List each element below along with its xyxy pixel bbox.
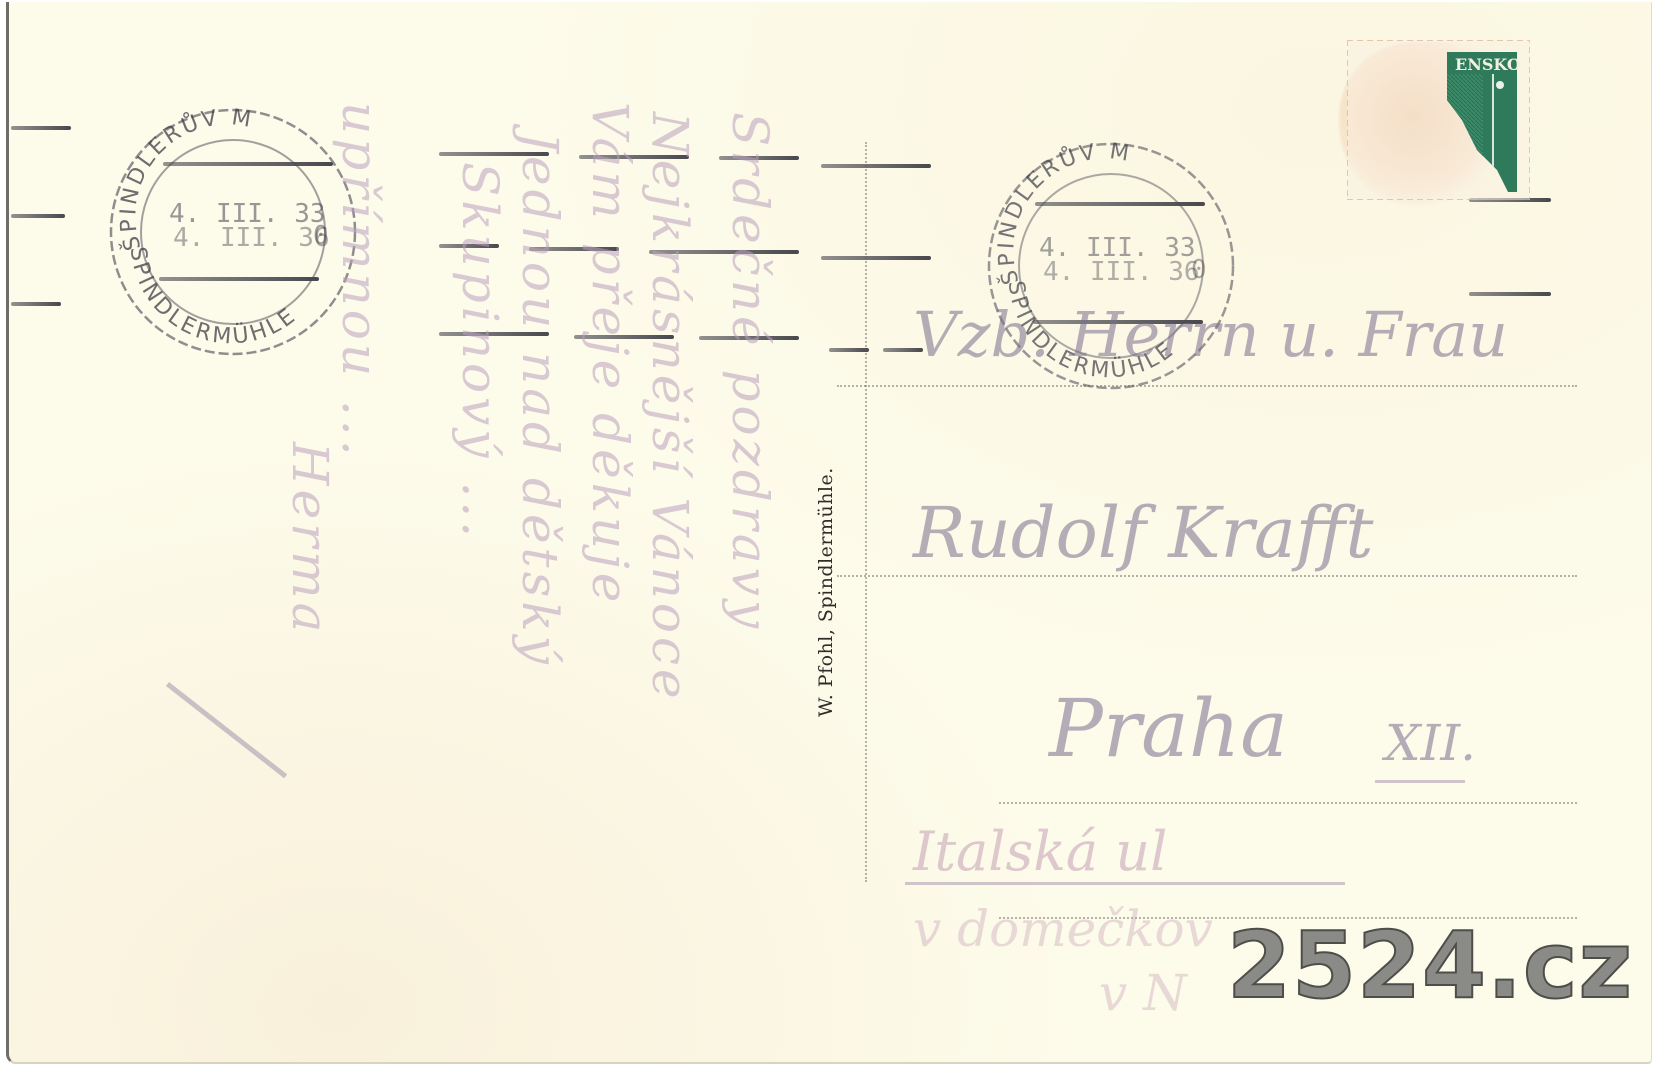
address-line-6: v N xyxy=(1099,964,1187,1022)
cancellation-bar xyxy=(821,164,931,168)
message-line: upřímnou ... xyxy=(331,102,389,460)
address-line-2: Rudolf Krafft xyxy=(913,492,1374,574)
postmark-suffix: 0 xyxy=(1191,255,1207,285)
postage-stamp: ENSKO xyxy=(1347,40,1530,200)
cancellation-bar xyxy=(829,348,869,352)
address-line-1: Vzb. Herrn u. Frau xyxy=(913,298,1508,371)
district-underline xyxy=(1375,780,1465,783)
cancellation-bar xyxy=(11,214,65,218)
message-line: Srdečné pozdravy xyxy=(721,112,779,632)
svg-text:SPINDLERMÜHLE: SPINDLERMÜHLE xyxy=(125,245,302,349)
address-line xyxy=(999,802,1577,804)
address-line-4: Italská ul xyxy=(913,820,1167,883)
message-line: Skupinový ... xyxy=(451,162,509,541)
cancellation-bar xyxy=(11,126,71,130)
stamp-text: ENSKO xyxy=(1455,55,1521,74)
postmark-left: ŠPINDLERŮV M SPINDLERMÜHLE 4. III. 33 4.… xyxy=(101,98,361,358)
address-line-5: v domečkov xyxy=(913,900,1213,958)
message-line: Nejkrásnější Vánoce xyxy=(641,112,699,703)
pen-stroke xyxy=(166,682,287,778)
postmark-date-2: 4. III. 36 xyxy=(173,223,330,253)
publisher-imprint: W. Pfohl, Spindlermühle. xyxy=(815,467,837,717)
postmark-date-2: 4. III. 36 xyxy=(1043,257,1200,287)
center-divider xyxy=(865,142,867,882)
cancellation-bar xyxy=(11,302,61,306)
address-line-3: Praha xyxy=(1049,682,1288,775)
postmark-suffix: 0 xyxy=(313,221,329,251)
message-signature: Herma xyxy=(281,442,339,636)
site-watermark: 2524.cz xyxy=(1227,920,1633,1012)
address-line xyxy=(837,575,1577,577)
street-underline xyxy=(905,882,1345,885)
postcard: ŠPINDLERŮV M SPINDLERMÜHLE 4. III. 33 4.… xyxy=(6,2,1652,1064)
address-district: XII. xyxy=(1385,714,1476,772)
cancellation-bar xyxy=(821,256,931,260)
message-line: Vám přeje děkuje xyxy=(581,102,639,606)
message-line: Jednou nad dětský xyxy=(511,132,569,668)
cancellation-bar xyxy=(1469,292,1551,296)
postmark-ring-bottom: SPINDLERMÜHLE xyxy=(125,245,302,349)
address-line xyxy=(837,385,1577,387)
